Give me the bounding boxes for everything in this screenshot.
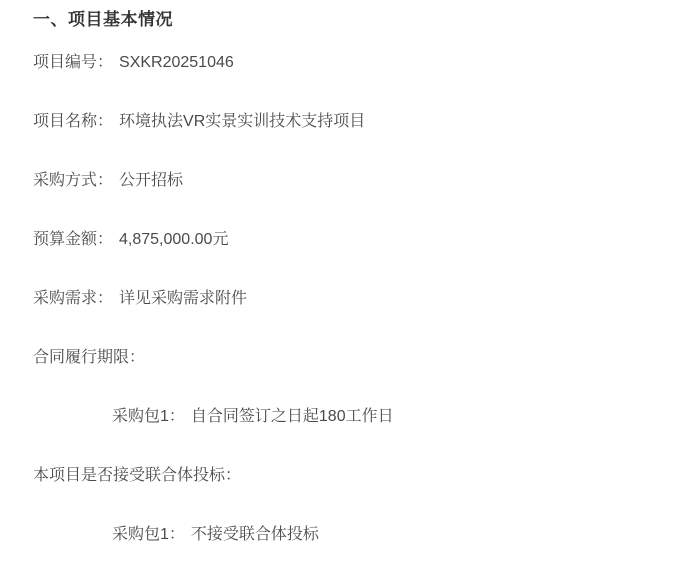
joint-bid-package1-value: 不接受联合体投标	[191, 526, 319, 543]
field-row-joint-bid-package1: 采购包1：不接受联合体投标	[112, 524, 670, 546]
project-basic-info-section: 一、项目基本情况 项目编号：SXKR20251046 项目名称：环境执法VR实景…	[0, 0, 690, 546]
field-row-budget-amount: 预算金额：4,875,000.00元	[33, 229, 670, 251]
procurement-method-label: 采购方式：	[33, 172, 113, 189]
project-number-label: 项目编号：	[33, 54, 113, 71]
contract-period-label: 合同履行期限：	[33, 349, 145, 366]
procurement-requirements-value: 详见采购需求附件	[119, 290, 247, 307]
section-heading: 一、项目基本情况	[33, 8, 670, 32]
contract-period-package1-label: 采购包1：	[112, 408, 185, 425]
field-row-contract-period: 合同履行期限：	[33, 347, 670, 369]
field-row-procurement-requirements: 采购需求：详见采购需求附件	[33, 288, 670, 310]
field-row-project-number: 项目编号：SXKR20251046	[33, 52, 670, 74]
project-number-value: SXKR20251046	[119, 54, 234, 71]
budget-amount-value: 4,875,000.00元	[119, 231, 228, 248]
field-row-contract-period-package1: 采购包1：自合同签订之日起180工作日	[112, 406, 670, 428]
contract-period-package1-value: 自合同签订之日起180工作日	[191, 408, 394, 425]
field-row-joint-bid-question: 本项目是否接受联合体投标：	[33, 465, 670, 487]
joint-bid-question-label: 本项目是否接受联合体投标：	[33, 467, 241, 484]
project-name-label: 项目名称：	[33, 113, 113, 130]
budget-amount-label: 预算金额：	[33, 231, 113, 248]
procurement-requirements-label: 采购需求：	[33, 290, 113, 307]
field-row-procurement-method: 采购方式：公开招标	[33, 170, 670, 192]
project-name-value: 环境执法VR实景实训技术支持项目	[119, 113, 365, 130]
field-row-project-name: 项目名称：环境执法VR实景实训技术支持项目	[33, 111, 670, 133]
joint-bid-package1-label: 采购包1：	[112, 526, 185, 543]
procurement-method-value: 公开招标	[119, 172, 183, 189]
